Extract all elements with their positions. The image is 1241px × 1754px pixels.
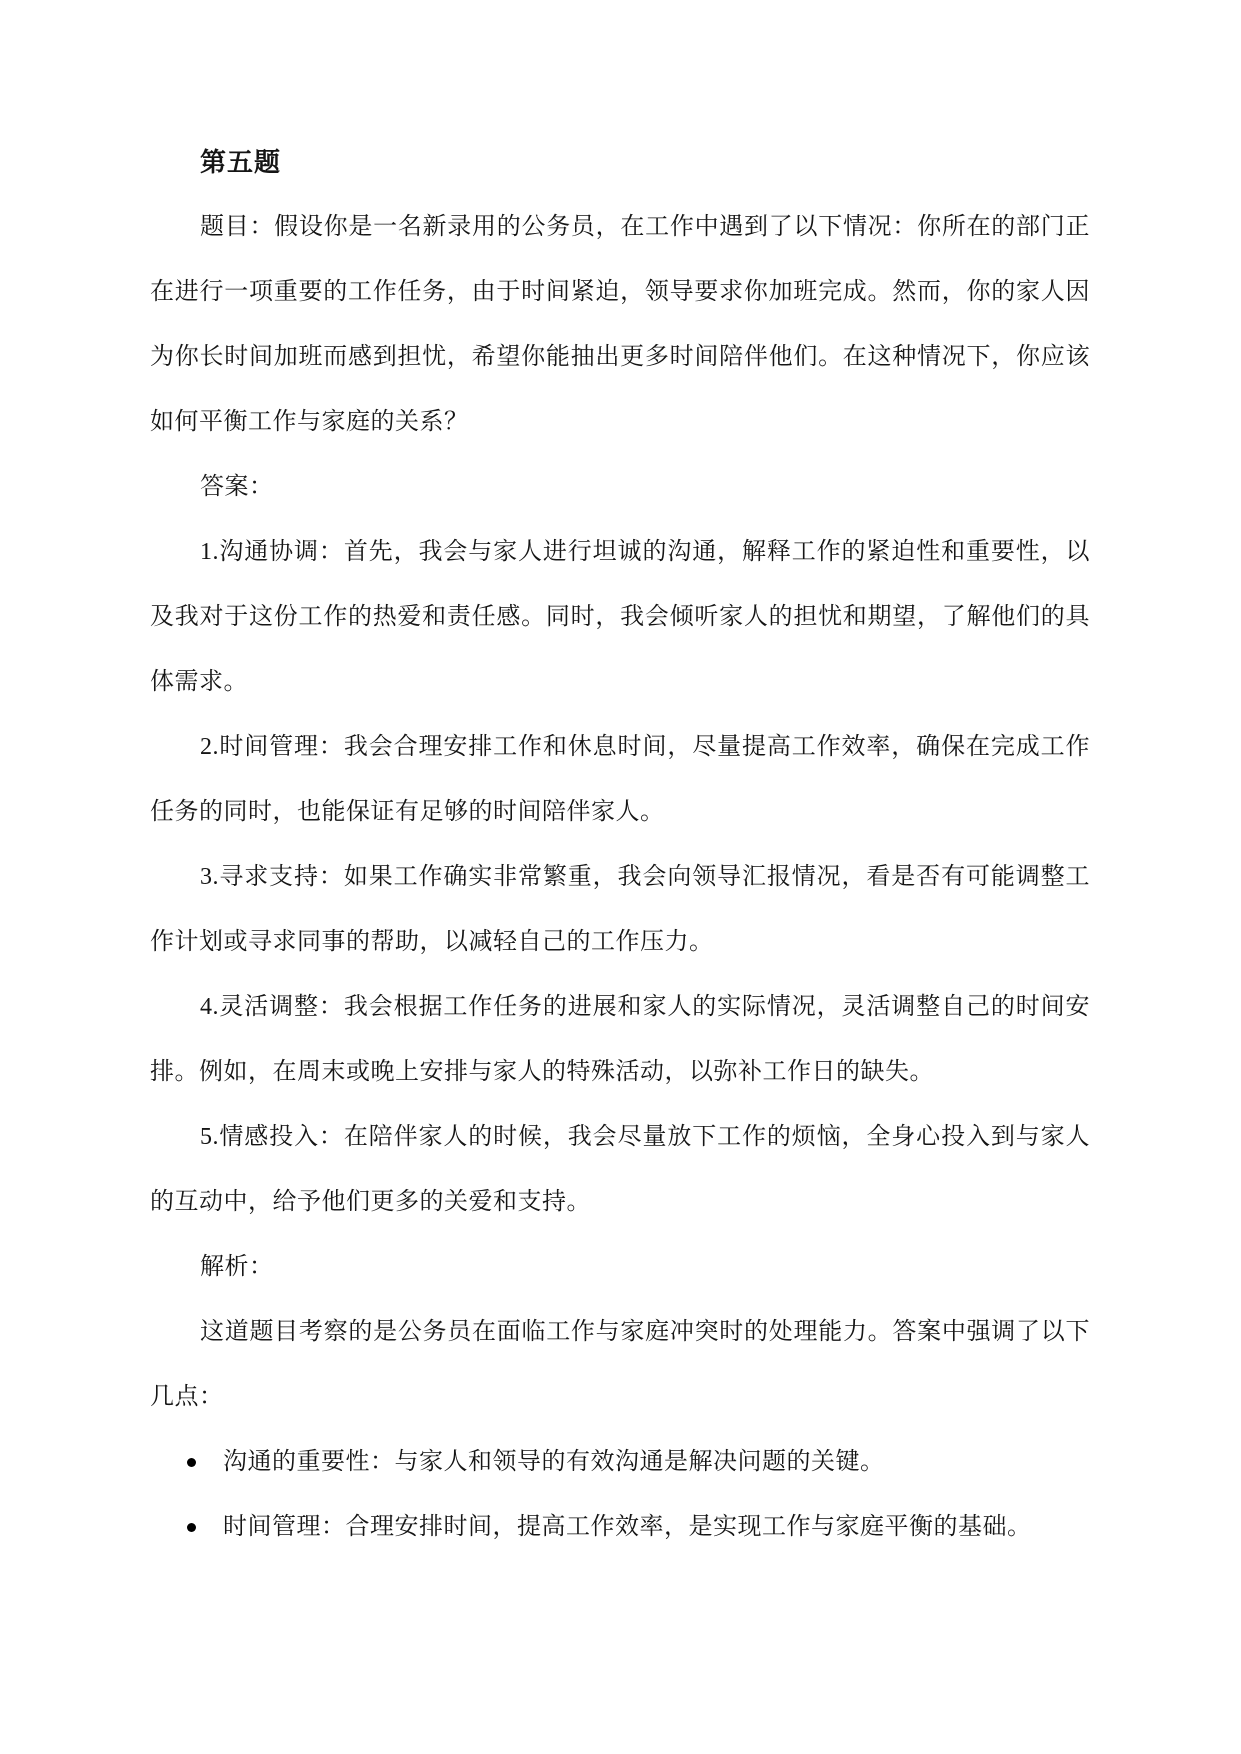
paragraph-answer-label: 答案： <box>150 455 1090 520</box>
paragraph-question: 题目：假设你是一名新录用的公务员，在工作中遇到了以下情况：你所在的部门正在进行一… <box>150 195 1090 455</box>
bullet-icon <box>187 1523 196 1532</box>
paragraph-answer-point-5: 5.情感投入：在陪伴家人的时候，我会尽量放下工作的烦恼，全身心投入到与家人的互动… <box>150 1105 1090 1235</box>
list-item: 沟通的重要性：与家人和领导的有效沟通是解决问题的关键。 <box>150 1430 1090 1495</box>
document-title: 第五题 <box>150 130 1090 195</box>
paragraph-answer-point-1: 1.沟通协调：首先，我会与家人进行坦诚的沟通，解释工作的紧迫性和重要性，以及我对… <box>150 520 1090 715</box>
document-page: 第五题 题目：假设你是一名新录用的公务员，在工作中遇到了以下情况：你所在的部门正… <box>0 0 1241 1754</box>
bullet-icon <box>187 1458 196 1467</box>
paragraph-answer-point-3: 3.寻求支持：如果工作确实非常繁重，我会向领导汇报情况，看是否有可能调整工作计划… <box>150 845 1090 975</box>
document-content: 第五题 题目：假设你是一名新录用的公务员，在工作中遇到了以下情况：你所在的部门正… <box>150 130 1090 1560</box>
paragraph-analysis-label: 解析： <box>150 1235 1090 1300</box>
list-item-text: 时间管理：合理安排时间，提高工作效率，是实现工作与家庭平衡的基础。 <box>223 1514 1032 1540</box>
paragraph-answer-point-4: 4.灵活调整：我会根据工作任务的进展和家人的实际情况，灵活调整自己的时间安排。例… <box>150 975 1090 1105</box>
paragraph-analysis-intro: 这道题目考察的是公务员在面临工作与家庭冲突时的处理能力。答案中强调了以下几点： <box>150 1300 1090 1430</box>
list-item-text: 沟通的重要性：与家人和领导的有效沟通是解决问题的关键。 <box>223 1449 885 1475</box>
paragraph-answer-point-2: 2.时间管理：我会合理安排工作和休息时间，尽量提高工作效率，确保在完成工作任务的… <box>150 715 1090 845</box>
list-item: 时间管理：合理安排时间，提高工作效率，是实现工作与家庭平衡的基础。 <box>150 1495 1090 1560</box>
